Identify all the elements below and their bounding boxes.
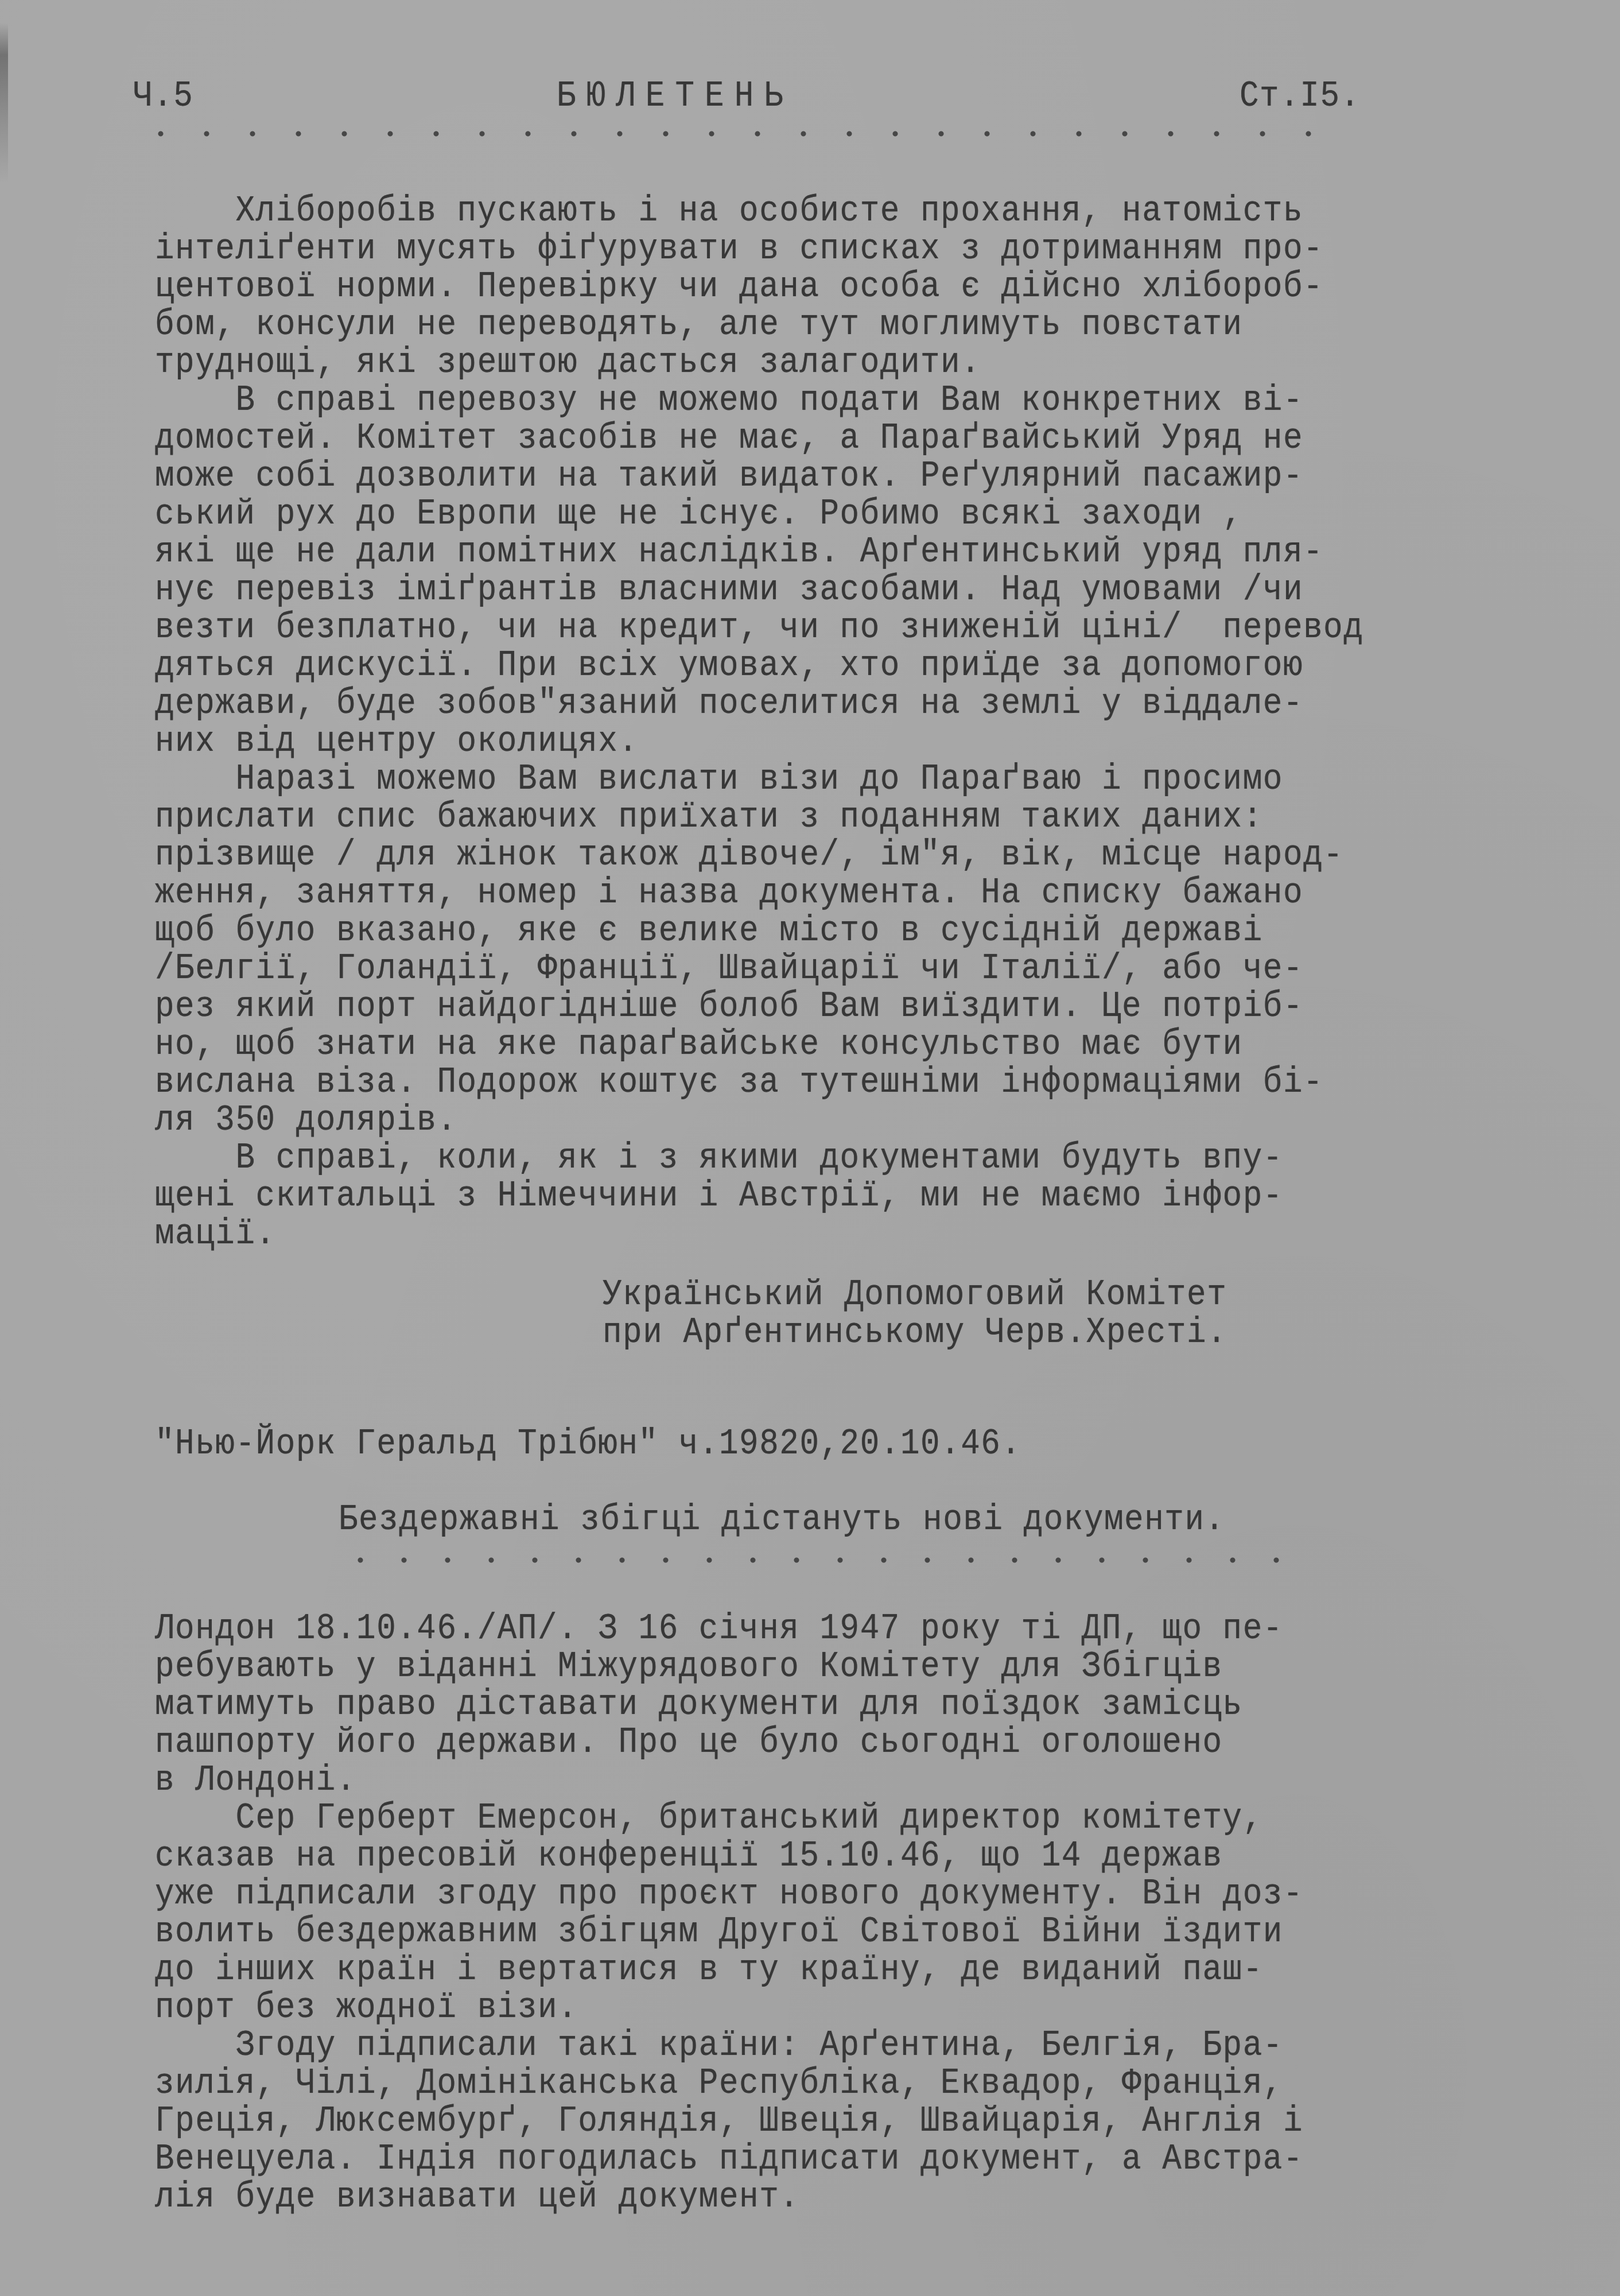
news-source: "Нью-Йорк Геральд Трібюн" ч.19820,20.10.… [155, 1422, 1021, 1465]
text-line: в Лондоні. [155, 1759, 356, 1801]
text-line: Наразі можемо Вам вислати візи до Параґв… [155, 758, 1283, 800]
document-page: Ч.5 БЮЛЕТЕНЬ Ст.I5. Хліборобів пускають … [0, 0, 1620, 2296]
text-line: ський рух до Европи ще не існує. Робимо … [155, 492, 1243, 535]
text-line: В справі перевозу не можемо подати Вам к… [155, 379, 1303, 421]
text-line: Греція, Люксембурґ, Голяндія, Швеція, Шв… [155, 2100, 1303, 2142]
text-line: прізвище / для жінок також дівоче/, ім"я… [155, 833, 1343, 876]
signature-org: Український Допомоговий Комітет [603, 1273, 1227, 1316]
signature-affiliation: при Арґентинському Черв.Хресті. [603, 1311, 1227, 1353]
text-line: уже підписали згоду про проєкт нового до… [155, 1872, 1303, 1915]
text-line: держави, буде зобов"язаний поселитися на… [155, 682, 1303, 724]
text-line: волить бездержавним збігцям Другої Світо… [155, 1910, 1283, 1953]
text-line: везти безплатно, чи на кредит, чи по зни… [155, 606, 1363, 649]
text-line: до інших країн і вертатися в ту країну, … [155, 1948, 1263, 1991]
text-line: порт без жодної візи. [155, 1986, 578, 2029]
text-line: Хліборобів пускають і на особисте прохан… [155, 189, 1303, 232]
text-line: ребувають у віданні Міжурядового Комітет… [155, 1645, 1223, 1688]
text-line: прислати спис бажаючих приїхати з поданн… [155, 796, 1263, 838]
text-line: зилія, Чілі, Домініканська Республіка, Е… [155, 2062, 1283, 2104]
text-line: /Белгії, Голандії, Франції, Швайцарії чи… [155, 947, 1303, 990]
text-line: труднощі, які зрештою дасться залагодити… [155, 341, 981, 383]
text-line: но, щоб знати на яке параґвайське консул… [155, 1023, 1243, 1065]
text-line: Венецуела. Індія погодилась підписати до… [155, 2138, 1303, 2180]
text-line: лія буде визнавати цей документ. [155, 2175, 799, 2218]
text-line: які ще не дали помітних наслідків. Арґен… [155, 530, 1323, 573]
text-line: мації. [155, 1212, 276, 1255]
text-line: Згоду підписали такі країни: Арґентина, … [155, 2024, 1283, 2066]
issue-number: Ч.5 [133, 75, 193, 117]
page-number: Ст.I5. [1240, 75, 1361, 117]
text-line: сказав на пресовій конференції 15.10.46,… [155, 1835, 1223, 1877]
text-line: щоб було вказано, яке є велике місто в с… [155, 909, 1263, 952]
text-line: Сер Герберт Емерсон, британський директо… [155, 1797, 1263, 1839]
text-line: Лондон 18.10.46./АП/. З 16 січня 1947 ро… [155, 1607, 1283, 1650]
text-line: них від центру околицях. [155, 720, 639, 762]
text-line: інтеліґенти мусять фіґурувати в списках … [155, 227, 1323, 270]
text-line: бом, консули не переводять, але тут могл… [155, 303, 1243, 346]
bulletin-title: БЮЛЕТЕНЬ [557, 75, 794, 117]
article-headline: Бездержавні збігці дістануть нові докуме… [339, 1498, 1225, 1541]
text-line: нує перевіз іміґрантів власними засобами… [155, 568, 1303, 611]
text-line: може собі дозволити на такий видаток. Ре… [155, 455, 1303, 497]
text-line: дяться дискусії. При всіх умовах, хто пр… [155, 644, 1303, 687]
header-divider [138, 131, 1320, 137]
text-line: рез який порт найдогідніше болоб Вам виї… [155, 985, 1303, 1027]
page-edge-stain [0, 23, 8, 184]
text-line: В справі, коли, як і з якими документами… [155, 1137, 1283, 1179]
headline-underline [339, 1557, 1314, 1563]
text-line: вислана віза. Подорож коштує за тутешнім… [155, 1061, 1323, 1103]
text-line: щені скитальці з Німеччини і Австрії, ми… [155, 1174, 1283, 1217]
text-line: ля 350 долярів. [155, 1099, 457, 1141]
text-line: пашпорту його держави. Про це було сього… [155, 1721, 1223, 1763]
text-line: центової норми. Перевірку чи дана особа … [155, 265, 1323, 308]
text-line: ження, заняття, номер і назва документа.… [155, 871, 1303, 914]
text-line: домостей. Комітет засобів не має, а Пара… [155, 417, 1303, 459]
text-line: матимуть право діставати документи для п… [155, 1683, 1243, 1725]
